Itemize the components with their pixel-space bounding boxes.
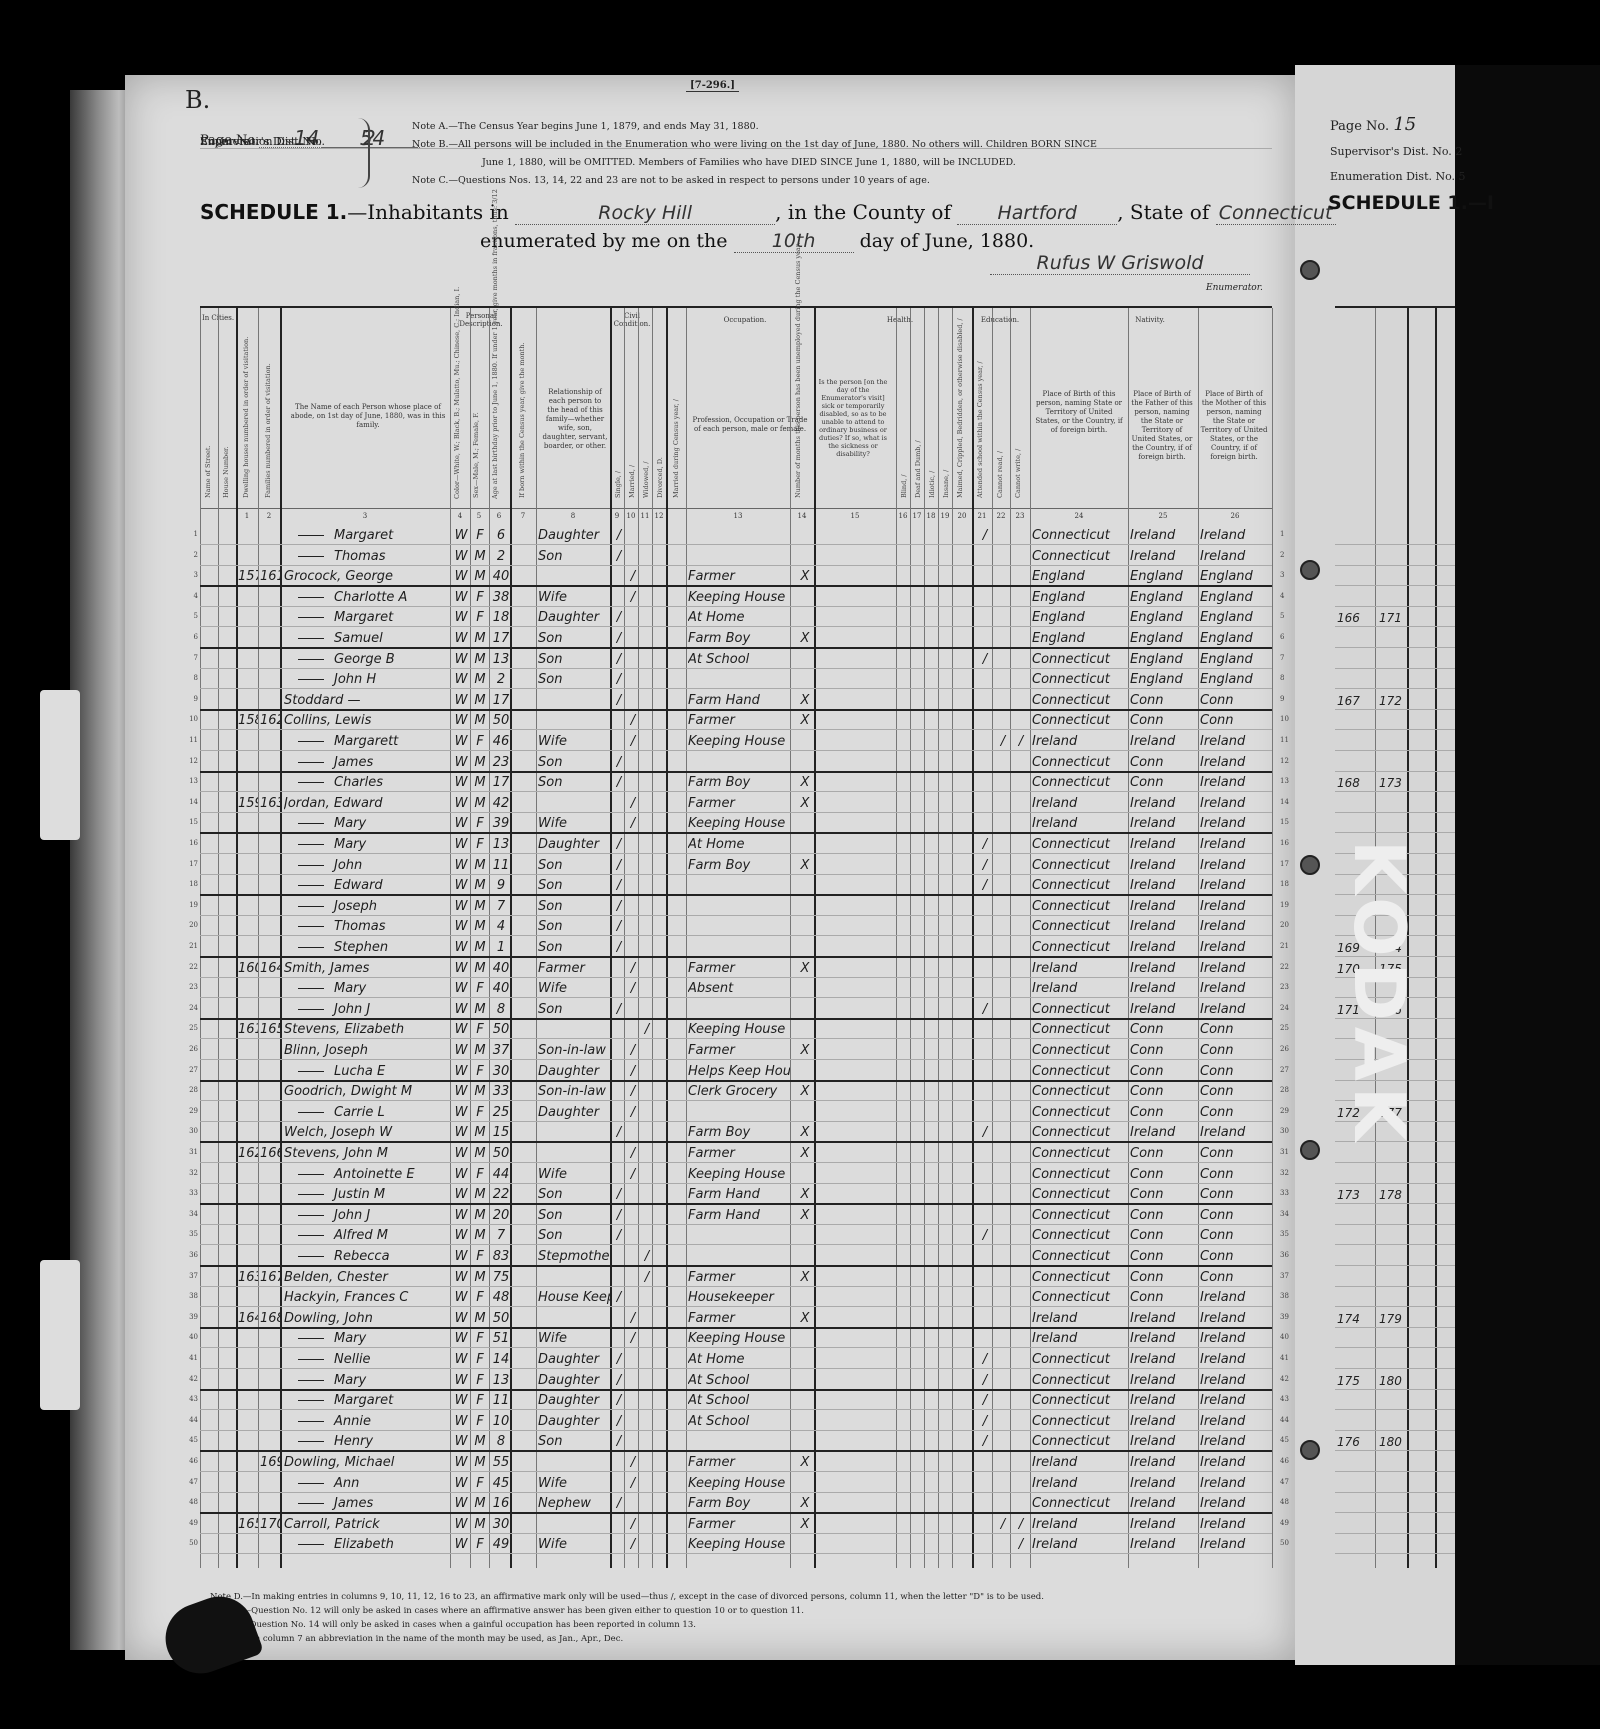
married-mark: / bbox=[628, 1472, 638, 1492]
person-name-text: Ann bbox=[334, 1476, 359, 1491]
family-number bbox=[260, 1533, 280, 1553]
birthplace-person: Ireland bbox=[1032, 957, 1128, 977]
sex-value: F bbox=[471, 1533, 489, 1553]
person-name: Ann bbox=[284, 1472, 464, 1492]
table-row: 2929Carrie LWF25Daughter/ConnecticutConn… bbox=[200, 1101, 1272, 1122]
birthplace-father: Ireland bbox=[1130, 977, 1198, 997]
attended-school-mark: / bbox=[978, 833, 992, 853]
ditto-mark bbox=[298, 906, 324, 907]
row-number-right: 43 bbox=[1280, 1395, 1292, 1403]
color-value: W bbox=[452, 648, 470, 668]
ditto-mark bbox=[298, 741, 324, 742]
widowed-mark bbox=[642, 648, 652, 668]
cannot-write-mark bbox=[1014, 874, 1028, 894]
row-number: 13 bbox=[186, 777, 198, 785]
single-mark: / bbox=[614, 545, 624, 565]
single-mark: / bbox=[614, 895, 624, 915]
person-name-text: John J bbox=[334, 1002, 370, 1017]
table-row: 4141NellieWF14Daughter/At Home/Connectic… bbox=[200, 1348, 1272, 1369]
unemployed-mark bbox=[796, 874, 814, 894]
occupation bbox=[688, 524, 790, 544]
table-row: 4343MargaretWF11Daughter/At School/Conne… bbox=[200, 1389, 1272, 1410]
age-value: 40 bbox=[491, 977, 511, 997]
color-value: W bbox=[452, 854, 470, 874]
cannot-write-mark bbox=[1014, 833, 1028, 853]
age-value: 48 bbox=[491, 1286, 511, 1306]
person-name: Mary bbox=[284, 977, 464, 997]
dwelling-number bbox=[238, 730, 258, 750]
sex-value: M bbox=[471, 648, 489, 668]
birthplace-person: Connecticut bbox=[1032, 1266, 1128, 1286]
birthplace-mother: Conn bbox=[1200, 1060, 1272, 1080]
cannot-read-mark bbox=[996, 1410, 1010, 1430]
family-number bbox=[260, 812, 280, 832]
birthplace-person: Connecticut bbox=[1032, 1121, 1128, 1141]
family-number bbox=[260, 854, 280, 874]
single-mark bbox=[614, 957, 624, 977]
attended-school-mark bbox=[978, 895, 992, 915]
cannot-read-mark bbox=[996, 1039, 1010, 1059]
hdr-relationship: Relationship of each person to the head … bbox=[542, 388, 608, 451]
sex-value: M bbox=[471, 1039, 489, 1059]
attended-school-mark bbox=[978, 936, 992, 956]
person-name: John H bbox=[284, 668, 464, 688]
dwelling-number: 158 bbox=[238, 709, 258, 729]
single-mark bbox=[614, 1101, 624, 1121]
married-mark bbox=[628, 854, 638, 874]
dwelling-number bbox=[238, 1101, 258, 1121]
column-number: 14 bbox=[794, 512, 810, 520]
widowed-mark bbox=[642, 1307, 652, 1327]
row-number: 45 bbox=[186, 1436, 198, 1444]
row-number: 22 bbox=[186, 963, 198, 971]
attended-school-mark bbox=[978, 1245, 992, 1265]
family-number: 170 bbox=[260, 1513, 280, 1533]
color-value: W bbox=[452, 1286, 470, 1306]
dwelling-number: 165 bbox=[238, 1513, 258, 1533]
birthplace-person: Ireland bbox=[1032, 977, 1128, 997]
sex-value: M bbox=[471, 1451, 489, 1471]
color-value: W bbox=[452, 874, 470, 894]
single-mark bbox=[614, 1513, 624, 1533]
cannot-read-mark bbox=[996, 1183, 1010, 1203]
family-number bbox=[260, 1121, 280, 1141]
row-number-right: 50 bbox=[1280, 1539, 1292, 1547]
birthplace-mother: Ireland bbox=[1200, 1430, 1272, 1450]
hdr-married: Married, / bbox=[628, 458, 636, 498]
sex-value: M bbox=[471, 1307, 489, 1327]
cannot-write-mark bbox=[1014, 1080, 1028, 1100]
birthplace-mother: England bbox=[1200, 586, 1272, 606]
attended-school-mark bbox=[978, 606, 992, 626]
family-number bbox=[260, 648, 280, 668]
birthplace-father: Conn bbox=[1130, 1266, 1198, 1286]
facing-table-row bbox=[1335, 792, 1455, 813]
age-value: 2 bbox=[491, 668, 511, 688]
occupation: Farmer bbox=[688, 1266, 790, 1286]
table-row: 4040MaryWF51Wife/Keeping HouseIrelandIre… bbox=[200, 1327, 1272, 1348]
family-number: 167 bbox=[260, 1266, 280, 1286]
facing-page-no: 15 bbox=[1393, 114, 1416, 135]
age-value: 30 bbox=[491, 1513, 511, 1533]
color-value: W bbox=[452, 1430, 470, 1450]
birthplace-father: Ireland bbox=[1130, 915, 1198, 935]
facing-table-row bbox=[1335, 668, 1455, 689]
sex-value: F bbox=[471, 833, 489, 853]
cannot-read-mark bbox=[996, 1163, 1010, 1183]
birthplace-mother: Ireland bbox=[1200, 1451, 1272, 1471]
person-name: James bbox=[284, 751, 464, 771]
cannot-read-mark bbox=[996, 1101, 1010, 1121]
attended-school-mark bbox=[978, 1451, 992, 1471]
relationship: Son-in-law bbox=[538, 1039, 610, 1059]
unemployed-mark bbox=[796, 1369, 814, 1389]
table-row: 1515MaryWF39Wife/Keeping HouseIrelandIre… bbox=[200, 812, 1272, 834]
dwelling-number bbox=[238, 751, 258, 771]
unemployed-mark bbox=[796, 812, 814, 832]
age-value: 37 bbox=[491, 1039, 511, 1059]
table-row: 11MargaretWF6Daughter//ConnecticutIrelan… bbox=[200, 524, 1272, 545]
person-name-text: John bbox=[334, 858, 362, 873]
cannot-write-mark bbox=[1014, 1451, 1028, 1471]
sex-value: M bbox=[471, 1430, 489, 1450]
column-number: 6 bbox=[491, 512, 507, 520]
hdr-cannot-write: Cannot write, / bbox=[1014, 448, 1022, 498]
family-number: 164 bbox=[260, 957, 280, 977]
relationship bbox=[538, 792, 610, 812]
note-d: Note D.—In making entries in columns 9, … bbox=[210, 1590, 1044, 1604]
widowed-mark bbox=[642, 1348, 652, 1368]
unemployed-mark: X bbox=[796, 1183, 814, 1203]
row-number-right: 36 bbox=[1280, 1251, 1292, 1259]
family-number: 162 bbox=[260, 709, 280, 729]
person-name-text: Carroll, Patrick bbox=[284, 1517, 380, 1532]
occupation: Absent bbox=[688, 977, 790, 997]
person-name-text: Collins, Lewis bbox=[284, 713, 371, 728]
facing-table-row bbox=[1335, 1266, 1455, 1287]
family-number bbox=[260, 730, 280, 750]
attended-school-mark bbox=[978, 545, 992, 565]
person-name-text: Lucha E bbox=[334, 1064, 385, 1079]
birthplace-father: Ireland bbox=[1130, 1513, 1198, 1533]
person-name-text: Joseph bbox=[334, 899, 377, 914]
place-name: Rocky Hill bbox=[515, 202, 775, 225]
hdr-months-unemployed: Number of months this person has been un… bbox=[794, 338, 802, 498]
column-number: 7 bbox=[515, 512, 531, 520]
relationship: Son bbox=[538, 998, 610, 1018]
sex-value: F bbox=[471, 586, 489, 606]
family-number bbox=[260, 1430, 280, 1450]
family-number bbox=[260, 689, 280, 709]
enumerator-signature: Rufus W Griswold bbox=[990, 252, 1250, 275]
ditto-mark bbox=[298, 1215, 324, 1216]
attended-school-mark: / bbox=[978, 854, 992, 874]
unemployed-mark bbox=[796, 1163, 814, 1183]
facing-page-shadow bbox=[1455, 65, 1600, 1665]
person-name-text: Elizabeth bbox=[334, 1537, 394, 1552]
unemployed-mark: X bbox=[796, 771, 814, 791]
age-value: 44 bbox=[491, 1163, 511, 1183]
hdr-house: House Number. bbox=[222, 428, 230, 498]
person-name-text: Goodrich, Dwight M bbox=[284, 1084, 412, 1099]
person-name: Mary bbox=[284, 1369, 464, 1389]
unemployed-mark bbox=[796, 606, 814, 626]
row-number-right: 39 bbox=[1280, 1313, 1292, 1321]
facing-enumeration-label: Enumeration Dist. No. bbox=[1330, 170, 1455, 183]
ditto-mark bbox=[298, 617, 324, 618]
birthplace-father: England bbox=[1130, 606, 1198, 626]
ditto-mark bbox=[298, 1359, 324, 1360]
table-row: 3939164168Dowling, JohnWM50/FarmerXIrela… bbox=[200, 1307, 1272, 1329]
birthplace-father: Ireland bbox=[1130, 1348, 1198, 1368]
family-number bbox=[260, 1286, 280, 1306]
age-value: 13 bbox=[491, 648, 511, 668]
relationship: Wife bbox=[538, 586, 610, 606]
family-number bbox=[260, 998, 280, 1018]
unemployed-mark bbox=[796, 730, 814, 750]
color-value: W bbox=[452, 565, 470, 585]
person-name-text: Nellie bbox=[334, 1352, 371, 1367]
birthplace-person: Connecticut bbox=[1032, 1163, 1128, 1183]
person-name: Dowling, John bbox=[284, 1307, 450, 1327]
person-name-text: Mary bbox=[334, 837, 366, 852]
birthplace-person: Connecticut bbox=[1032, 1224, 1128, 1244]
attended-school-mark: / bbox=[978, 1389, 992, 1409]
row-number-right: 42 bbox=[1280, 1375, 1292, 1383]
facing-table-row bbox=[1335, 812, 1455, 833]
dwelling-number: 159 bbox=[238, 792, 258, 812]
column-number: 24 bbox=[1071, 512, 1087, 520]
birthplace-mother: Ireland bbox=[1200, 1389, 1272, 1409]
married-mark bbox=[628, 915, 638, 935]
unemployed-mark: X bbox=[796, 1307, 814, 1327]
relationship: Son bbox=[538, 545, 610, 565]
cannot-read-mark bbox=[996, 915, 1010, 935]
cannot-read-mark bbox=[996, 627, 1010, 647]
row-number-right: 3 bbox=[1280, 571, 1292, 579]
facing-table-row bbox=[1335, 1472, 1455, 1493]
hdr-color: Color—White, W.; Black, B.; Mulatto, Mu.… bbox=[453, 334, 461, 499]
married-mark bbox=[628, 648, 638, 668]
family-number bbox=[260, 1492, 280, 1512]
hdr-birth-father: Place of Birth of the Father of this per… bbox=[1130, 390, 1194, 462]
column-number: 1 bbox=[239, 512, 255, 520]
row-number: 23 bbox=[186, 983, 198, 991]
dwelling-number: 162 bbox=[238, 1142, 258, 1162]
birthplace-person: England bbox=[1032, 586, 1128, 606]
sex-value: F bbox=[471, 1163, 489, 1183]
attended-school-mark bbox=[978, 1183, 992, 1203]
ditto-mark bbox=[298, 823, 324, 824]
birthplace-person: Connecticut bbox=[1032, 648, 1128, 668]
family-number bbox=[260, 1183, 280, 1203]
attended-school-mark bbox=[978, 627, 992, 647]
single-mark bbox=[614, 586, 624, 606]
age-value: 33 bbox=[491, 1080, 511, 1100]
age-value: 7 bbox=[491, 895, 511, 915]
birthplace-person: England bbox=[1032, 565, 1128, 585]
widowed-mark bbox=[642, 586, 652, 606]
hdr-birth-mother: Place of Birth of the Mother of this per… bbox=[1200, 390, 1268, 462]
family-number bbox=[260, 771, 280, 791]
relationship: Son bbox=[538, 874, 610, 894]
cannot-read-mark bbox=[996, 648, 1010, 668]
birthplace-father: Ireland bbox=[1130, 1410, 1198, 1430]
birthplace-father: Ireland bbox=[1130, 545, 1198, 565]
ditto-mark bbox=[298, 1174, 324, 1175]
single-mark: / bbox=[614, 1121, 624, 1141]
cannot-read-mark bbox=[996, 689, 1010, 709]
row-number-right: 48 bbox=[1280, 1498, 1292, 1506]
occupation: Farmer bbox=[688, 1451, 790, 1471]
row-number-right: 46 bbox=[1280, 1457, 1292, 1465]
attended-school-mark bbox=[978, 586, 992, 606]
age-value: 30 bbox=[491, 1060, 511, 1080]
person-name-text: Margaret bbox=[334, 610, 393, 625]
person-name: Grocock, George bbox=[284, 565, 450, 585]
column-number: 8 bbox=[565, 512, 581, 520]
unemployed-mark bbox=[796, 1389, 814, 1409]
person-name: Mary bbox=[284, 812, 464, 832]
table-row: 2020ThomasWM4Son/ConnecticutIrelandIrela… bbox=[200, 915, 1272, 936]
row-number: 24 bbox=[186, 1004, 198, 1012]
birthplace-mother: Ireland bbox=[1200, 998, 1272, 1018]
row-number-right: 20 bbox=[1280, 921, 1292, 929]
attended-school-mark bbox=[978, 709, 992, 729]
married-mark bbox=[628, 627, 638, 647]
color-value: W bbox=[452, 1183, 470, 1203]
facing-table-row bbox=[1335, 1245, 1455, 1266]
row-number: 49 bbox=[186, 1519, 198, 1527]
color-value: W bbox=[452, 1101, 470, 1121]
unemployed-mark bbox=[796, 1327, 814, 1347]
row-number-right: 11 bbox=[1280, 736, 1292, 744]
person-name: Nellie bbox=[284, 1348, 464, 1368]
birthplace-father: Ireland bbox=[1130, 1430, 1198, 1450]
birthplace-father: Conn bbox=[1130, 1060, 1198, 1080]
unemployed-mark: X bbox=[796, 689, 814, 709]
footer-notes: Note D.—In making entries in columns 9, … bbox=[210, 1590, 1044, 1646]
facing-table-row bbox=[1335, 1286, 1455, 1307]
dwelling-number bbox=[238, 1533, 258, 1553]
cannot-write-mark bbox=[1014, 1430, 1028, 1450]
birthplace-father: Conn bbox=[1130, 1101, 1198, 1121]
occupation: At School bbox=[688, 1369, 790, 1389]
relationship: Wife bbox=[538, 1472, 610, 1492]
cannot-write-mark bbox=[1014, 668, 1028, 688]
attended-school-mark bbox=[978, 792, 992, 812]
married-mark: / bbox=[628, 1327, 638, 1347]
unemployed-mark: X bbox=[796, 1513, 814, 1533]
facing-table-row bbox=[1335, 524, 1455, 545]
cannot-write-mark bbox=[1014, 565, 1028, 585]
family-number bbox=[260, 833, 280, 853]
birthplace-person: Connecticut bbox=[1032, 1430, 1128, 1450]
person-name: Justin M bbox=[284, 1183, 464, 1203]
widowed-mark bbox=[642, 998, 652, 1018]
relationship: Daughter bbox=[538, 524, 610, 544]
row-number: 26 bbox=[186, 1045, 198, 1053]
row-number-right: 8 bbox=[1280, 674, 1292, 682]
row-number-right: 6 bbox=[1280, 633, 1292, 641]
color-value: W bbox=[452, 812, 470, 832]
row-number-right: 29 bbox=[1280, 1107, 1292, 1115]
widowed-mark bbox=[642, 1060, 652, 1080]
dwelling-number bbox=[238, 812, 258, 832]
relationship: Son bbox=[538, 1183, 610, 1203]
row-number: 48 bbox=[186, 1498, 198, 1506]
birthplace-father: Conn bbox=[1130, 689, 1198, 709]
birthplace-mother: Conn bbox=[1200, 1080, 1272, 1100]
relationship: Son bbox=[538, 771, 610, 791]
table-row: 1818EdwardWM9Son//ConnecticutIrelandIrel… bbox=[200, 874, 1272, 896]
relationship: Son bbox=[538, 895, 610, 915]
married-mark: / bbox=[628, 1142, 638, 1162]
single-mark: / bbox=[614, 689, 624, 709]
birthplace-person: Connecticut bbox=[1032, 545, 1128, 565]
row-number: 25 bbox=[186, 1024, 198, 1032]
family-number bbox=[260, 1327, 280, 1347]
single-mark: / bbox=[614, 751, 624, 771]
ditto-mark bbox=[298, 1421, 324, 1422]
person-name-text: Welch, Joseph W bbox=[284, 1125, 392, 1140]
unemployed-mark: X bbox=[796, 854, 814, 874]
header-notes: Note A.—The Census Year begins June 1, 1… bbox=[412, 118, 1212, 190]
widowed-mark bbox=[642, 1327, 652, 1347]
table-row: 3636RebeccaWF83Stepmother/ConnecticutCon… bbox=[200, 1245, 1272, 1267]
married-mark bbox=[628, 751, 638, 771]
family-number: 161 bbox=[260, 565, 280, 585]
cannot-read-mark bbox=[996, 586, 1010, 606]
age-value: 15 bbox=[491, 1121, 511, 1141]
sex-value: F bbox=[471, 1410, 489, 1430]
state-name: Connecticut bbox=[1216, 202, 1336, 225]
unemployed-mark bbox=[796, 1410, 814, 1430]
attended-school-mark bbox=[978, 1142, 992, 1162]
table-row: 2525161165Stevens, ElizabethWF50/Keeping… bbox=[200, 1018, 1272, 1039]
birthplace-person: Ireland bbox=[1032, 1451, 1128, 1471]
unemployed-mark bbox=[796, 833, 814, 853]
table-row: 4545HenryWM8Son//ConnecticutIrelandIrela… bbox=[200, 1430, 1272, 1452]
birthplace-mother: Conn bbox=[1200, 1204, 1272, 1224]
table-row: 99Stoddard —WM17/Farm HandXConnecticutCo… bbox=[200, 689, 1272, 711]
row-number: 11 bbox=[186, 736, 198, 744]
sex-value: M bbox=[471, 1224, 489, 1244]
attended-school-mark bbox=[978, 1472, 992, 1492]
age-value: 25 bbox=[491, 1101, 511, 1121]
dwelling-number bbox=[238, 689, 258, 709]
single-mark bbox=[614, 1039, 624, 1059]
sex-value: M bbox=[471, 874, 489, 894]
age-value: 22 bbox=[491, 1183, 511, 1203]
unemployed-mark bbox=[796, 1430, 814, 1450]
facing-table-row bbox=[1335, 1389, 1455, 1410]
occupation: Farmer bbox=[688, 792, 790, 812]
person-name-text: Thomas bbox=[334, 549, 386, 564]
ditto-mark bbox=[298, 885, 324, 886]
occupation: Farm Boy bbox=[688, 627, 790, 647]
facing-table-row bbox=[1335, 1204, 1455, 1225]
color-value: W bbox=[452, 957, 470, 977]
occupation bbox=[688, 1224, 790, 1244]
cannot-write-mark bbox=[1014, 1369, 1028, 1389]
birthplace-father: Ireland bbox=[1130, 1533, 1198, 1553]
facing-table-row bbox=[1335, 751, 1455, 772]
row-number: 39 bbox=[186, 1313, 198, 1321]
relationship bbox=[538, 565, 610, 585]
hdr-married-year: Married during Census year, / bbox=[672, 368, 680, 498]
row-number-right: 40 bbox=[1280, 1333, 1292, 1341]
